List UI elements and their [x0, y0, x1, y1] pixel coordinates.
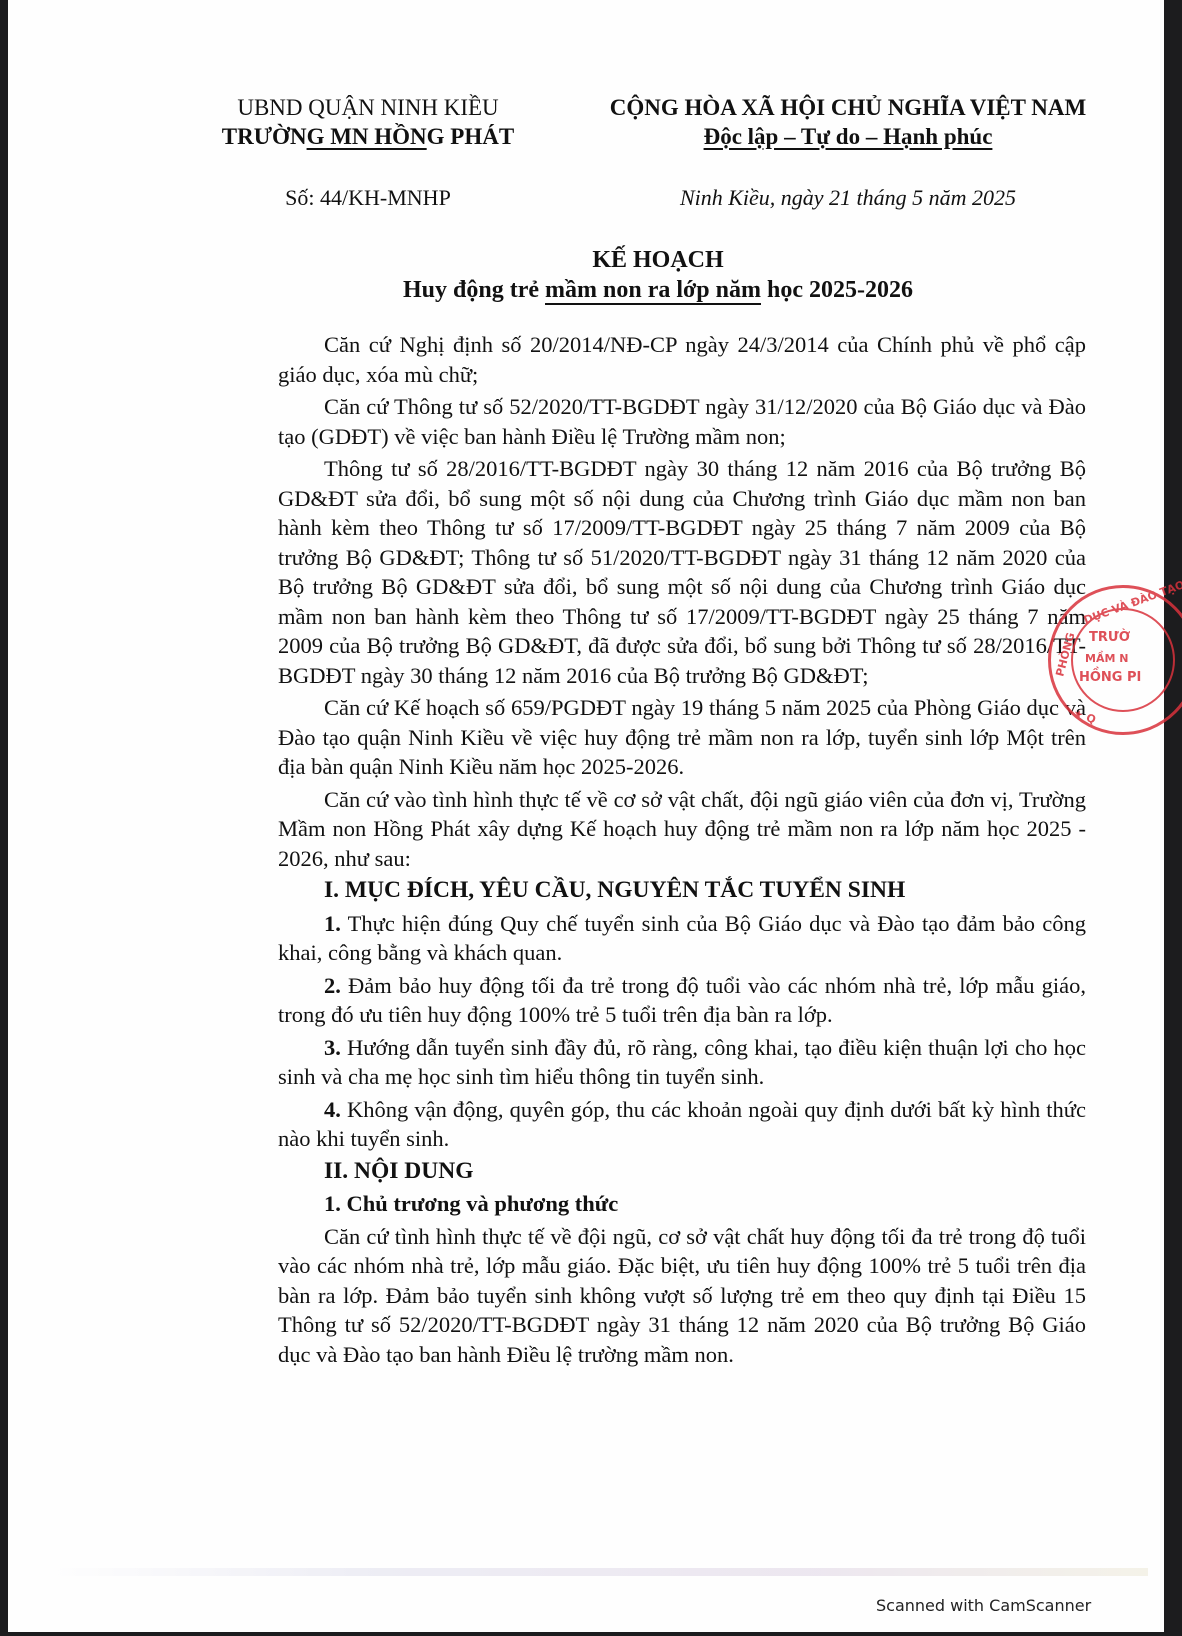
section-heading-2: II. NỘI DUNG [278, 1157, 1086, 1187]
school-name: TRƯỜNG MN HỒNG PHÁT [198, 122, 538, 151]
nation-name: CỘNG HÒA XÃ HỘI CHỦ NGHĨA VIỆT NAM [578, 93, 1118, 122]
paragraph-legal-basis-5: Căn cứ vào tình hình thực tế về cơ sở vậ… [278, 785, 1086, 874]
section-heading-1: I. MỤC ĐÍCH, YÊU CẦU, NGUYÊN TẮC TUYỂN S… [278, 876, 1086, 906]
national-motto: Độc lập – Tự do – Hạnh phúc [578, 122, 1118, 151]
scan-artifact [48, 1568, 1148, 1576]
authority-name: UBND QUẬN NINH KIỀU [198, 93, 538, 122]
document-body: Căn cứ Nghị định số 20/2014/NĐ-CP ngày 2… [278, 330, 1086, 1372]
document-number: Số: 44/KH-MNHP [198, 185, 538, 211]
paragraph-legal-basis-3: Thông tư số 28/2016/TT-BGDĐT ngày 30 thá… [278, 454, 1086, 690]
issuer-block: UBND QUẬN NINH KIỀU TRƯỜNG MN HỒNG PHÁT [198, 93, 538, 151]
scanner-watermark: Scanned with CamScanner [876, 1596, 1091, 1615]
list-item: 3. Hướng dẫn tuyển sinh đầy đủ, rõ ràng,… [278, 1033, 1086, 1092]
document-title: KẾ HOẠCH Huy động trẻ mầm non ra lớp năm… [248, 245, 1068, 305]
document-page: UBND QUẬN NINH KIỀU TRƯỜNG MN HỒNG PHÁT … [8, 0, 1164, 1632]
paragraph-policy: Căn cứ tình hình thực tế về đội ngũ, cơ … [278, 1222, 1086, 1370]
list-item: 1. Thực hiện đúng Quy chế tuyển sinh của… [278, 909, 1086, 968]
paragraph-legal-basis-1: Căn cứ Nghị định số 20/2014/NĐ-CP ngày 2… [278, 330, 1086, 389]
list-item: 2. Đảm bảo huy động tối đa trẻ trong độ … [278, 971, 1086, 1030]
paragraph-legal-basis-4: Căn cứ Kế hoạch số 659/PGDĐT ngày 19 thá… [278, 693, 1086, 782]
list-item: 4. Không vận động, quyên góp, thu các kh… [278, 1095, 1086, 1154]
title-main: KẾ HOẠCH [248, 245, 1068, 275]
subsection-heading-1: 1. Chủ trương và phương thức [278, 1189, 1086, 1219]
document-date: Ninh Kiều, ngày 21 tháng 5 năm 2025 [608, 185, 1088, 211]
paragraph-legal-basis-2: Căn cứ Thông tư số 52/2020/TT-BGDĐT ngày… [278, 392, 1086, 451]
title-subtitle: Huy động trẻ mầm non ra lớp năm học 2025… [248, 275, 1068, 305]
national-header: CỘNG HÒA XÃ HỘI CHỦ NGHĨA VIỆT NAM Độc l… [578, 93, 1118, 151]
